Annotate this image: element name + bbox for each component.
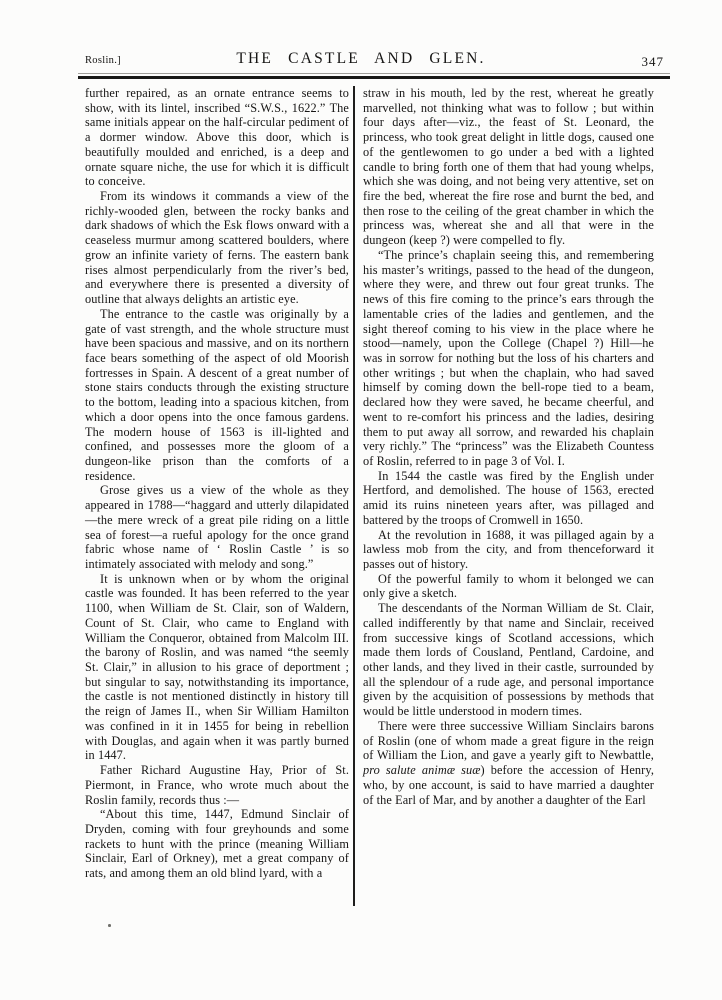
text-run: At the revolution in 1688, it was pillag… [363,528,654,571]
paragraph: At the revolution in 1688, it was pillag… [363,528,654,572]
book-page: Roslin.] THE CASTLE AND GLEN. 347 furthe… [0,0,722,1000]
text-run: further repaired, as an ornate entrance … [85,86,349,188]
header-rule-thick [78,76,670,79]
text-run: The entrance to the castle was originall… [85,307,349,483]
paragraph: In 1544 the castle was fired by the Engl… [363,469,654,528]
paragraph: straw in his mouth, led by the rest, whe… [363,86,654,248]
column-divider-rule [353,86,355,906]
paragraph: further repaired, as an ornate entrance … [85,86,349,189]
paragraph: It is unknown when or by whom the origin… [85,572,349,763]
paragraph: “About this time, 1447, Edmund Sinclair … [85,807,349,881]
paragraph: Father Richard Augustine Hay, Prior of S… [85,763,349,807]
text-run: In 1544 the castle was fired by the Engl… [363,469,654,527]
page-title: THE CASTLE AND GLEN. [0,50,722,68]
text-run: It is unknown when or by whom the origin… [85,572,349,763]
text-run: The descendants of the Norman William de… [363,601,654,718]
header-rule-thin [78,73,670,74]
text-run: From its windows it commands a view of t… [85,189,349,306]
text-run: Father Richard Augustine Hay, Prior of S… [85,763,349,806]
text-column-left: further repaired, as an ornate entrance … [85,86,349,881]
paragraph: “The prince’s chaplain seeing this, and … [363,248,654,469]
paragraph: There were three successive William Sinc… [363,719,654,807]
text-run: straw in his mouth, led by the rest, whe… [363,86,654,247]
paragraph: Grose gives us a view of the whole as th… [85,483,349,571]
paragraph: The entrance to the castle was originall… [85,307,349,484]
paragraph: Of the powerful family to whom it belong… [363,572,654,601]
paragraph: The descendants of the Norman William de… [363,601,654,719]
italic-phrase: pro salute animæ suæ [363,763,481,777]
text-run: Grose gives us a view of the whole as th… [85,483,349,571]
text-run: There were three successive William Sinc… [363,719,654,762]
text-run: “The prince’s chaplain seeing this, and … [363,248,654,468]
text-run: Of the powerful family to whom it belong… [363,572,654,601]
paragraph: From its windows it commands a view of t… [85,189,349,307]
page-number: 347 [642,54,665,70]
scan-artifact-dot [108,924,111,927]
text-column-right: straw in his mouth, led by the rest, whe… [363,86,654,807]
text-run: “About this time, 1447, Edmund Sinclair … [85,807,349,880]
